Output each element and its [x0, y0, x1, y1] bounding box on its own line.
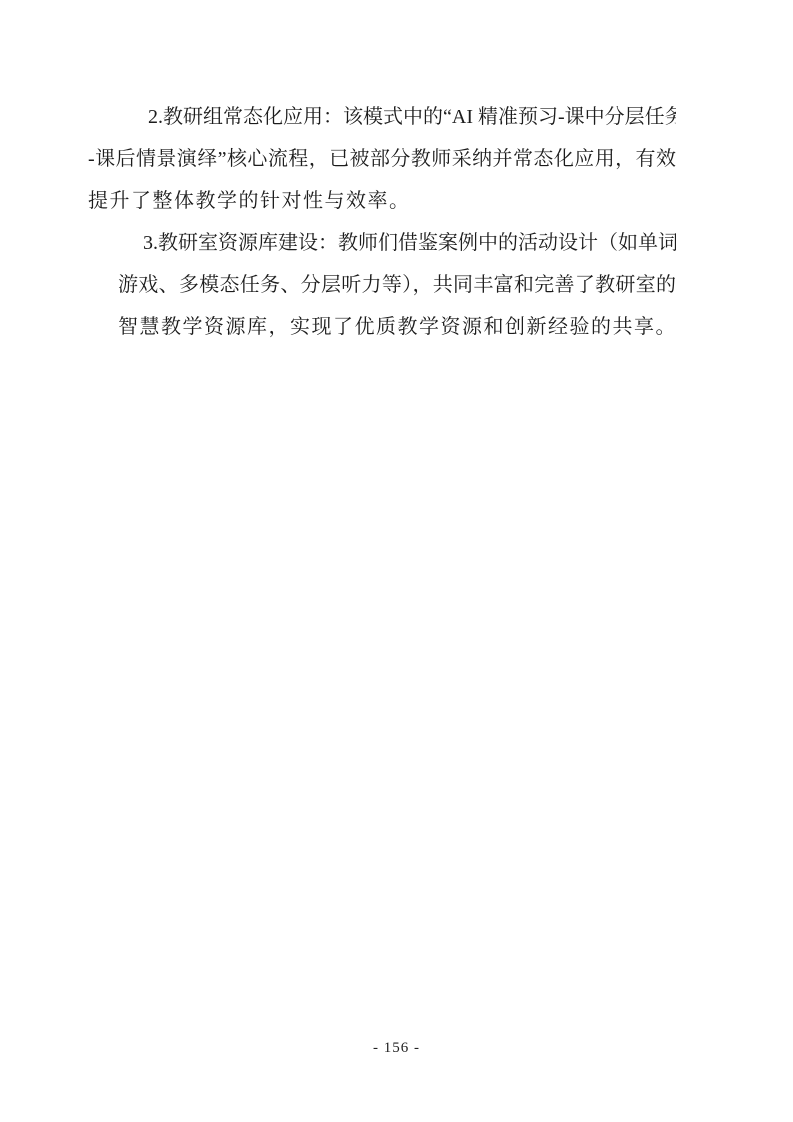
text-line: 2.教研组常态化应用：该模式中的“AI 精准预习-课中分层任务	[88, 96, 676, 138]
text-line: -课后情景演绎”核心流程，已被部分教师采纳并常态化应用，有效	[88, 138, 676, 180]
text-line: 提升了整体教学的针对性与效率。	[88, 180, 676, 222]
paragraph-item-2: 2.教研组常态化应用：该模式中的“AI 精准预习-课中分层任务 -课后情景演绎”…	[88, 96, 676, 222]
page-number: - 156 -	[0, 1038, 793, 1058]
paragraph-item-3: 3.教研室资源库建设：教师们借鉴案例中的活动设计（如单词 PK 游戏、多模态任务…	[118, 222, 676, 348]
document-page: 2.教研组常态化应用：该模式中的“AI 精准预习-课中分层任务 -课后情景演绎”…	[0, 0, 793, 1122]
body-text: 2.教研组常态化应用：该模式中的“AI 精准预习-课中分层任务 -课后情景演绎”…	[88, 96, 676, 348]
text-line: 3.教研室资源库建设：教师们借鉴案例中的活动设计（如单词 PK	[118, 222, 676, 264]
text-line: 游戏、多模态任务、分层听力等），共同丰富和完善了教研室的	[118, 264, 676, 306]
text-line: 智慧教学资源库，实现了优质教学资源和创新经验的共享。	[118, 306, 676, 348]
